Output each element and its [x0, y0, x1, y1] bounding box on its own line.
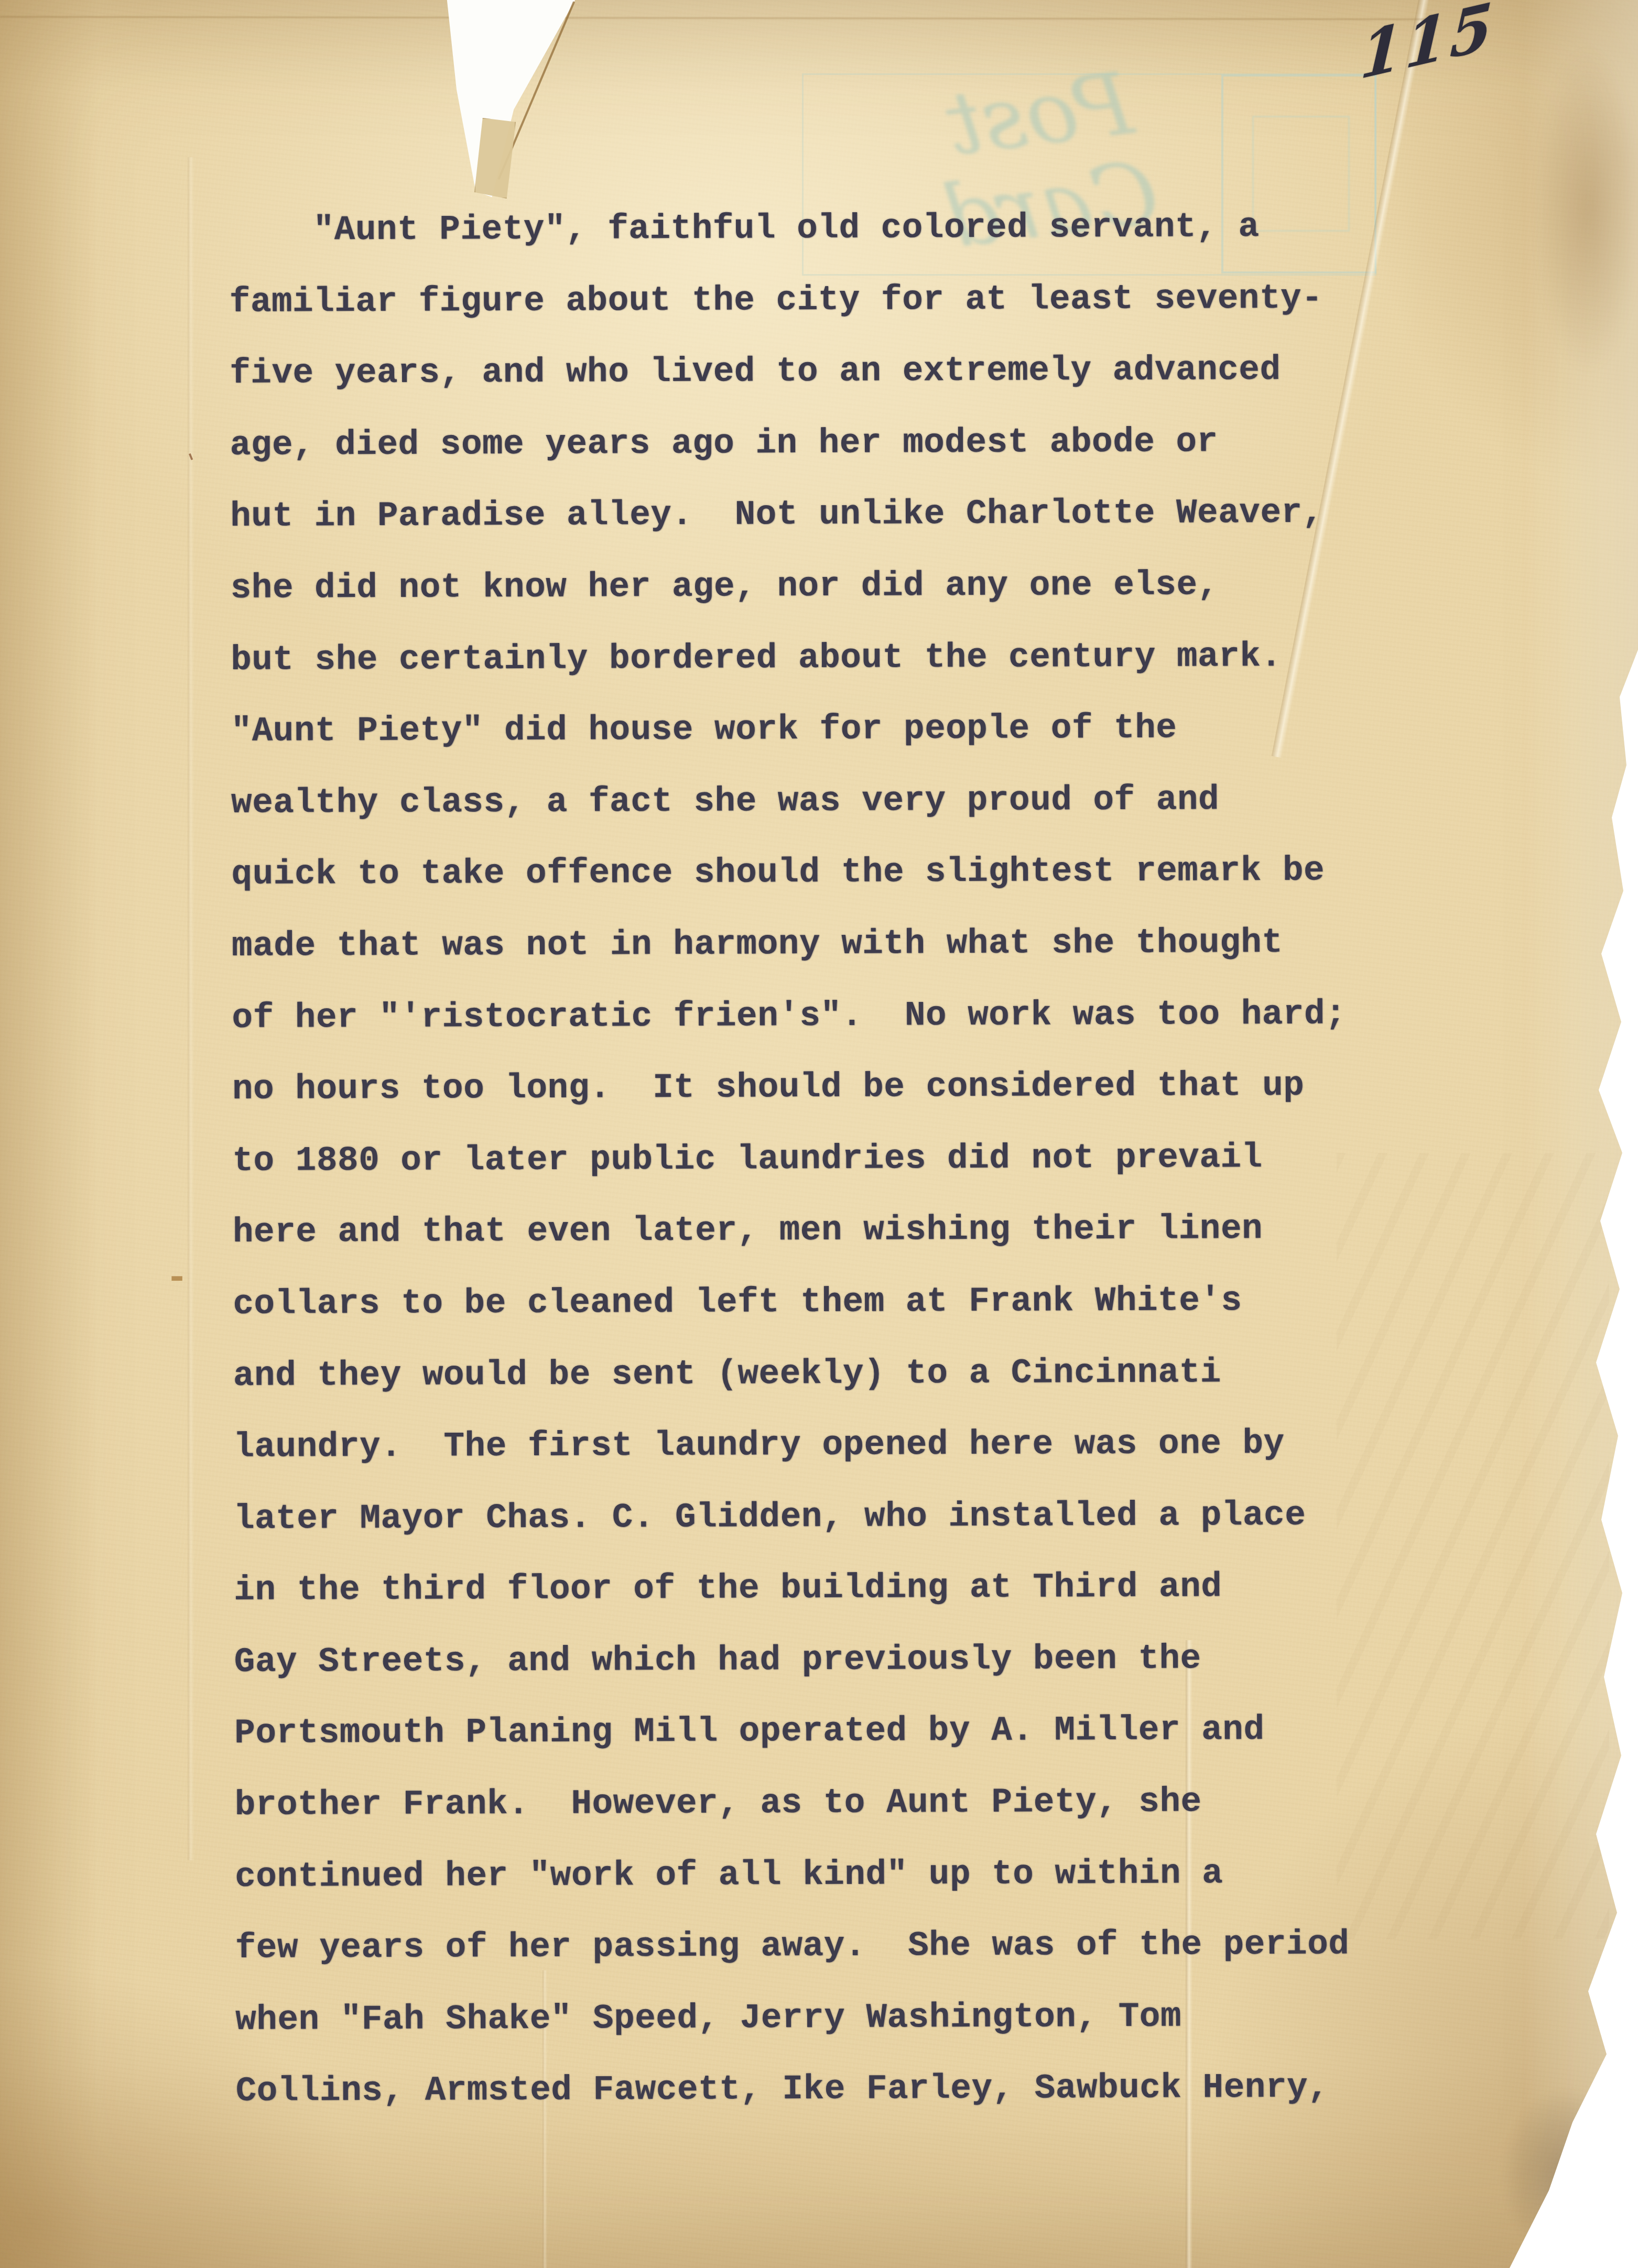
margin-tick-mark: '	[185, 448, 201, 477]
page-number-handwritten: 115	[1359, 0, 1498, 94]
stain-top-right	[1536, 47, 1638, 372]
margin-dash-mark: -	[166, 1257, 188, 1300]
typed-body-text: "Aunt Piety", faithful old colored serva…	[229, 191, 1350, 2128]
wrinkle-shading-right	[1337, 1153, 1609, 1939]
paper-sheet: Post Card 115 "Aunt Piety", faithful old…	[0, 0, 1638, 2268]
top-edge-crease-line	[0, 16, 1439, 20]
vertical-crease-left	[188, 157, 194, 1860]
scanned-document-page: Post Card 115 "Aunt Piety", faithful old…	[0, 0, 1638, 2268]
